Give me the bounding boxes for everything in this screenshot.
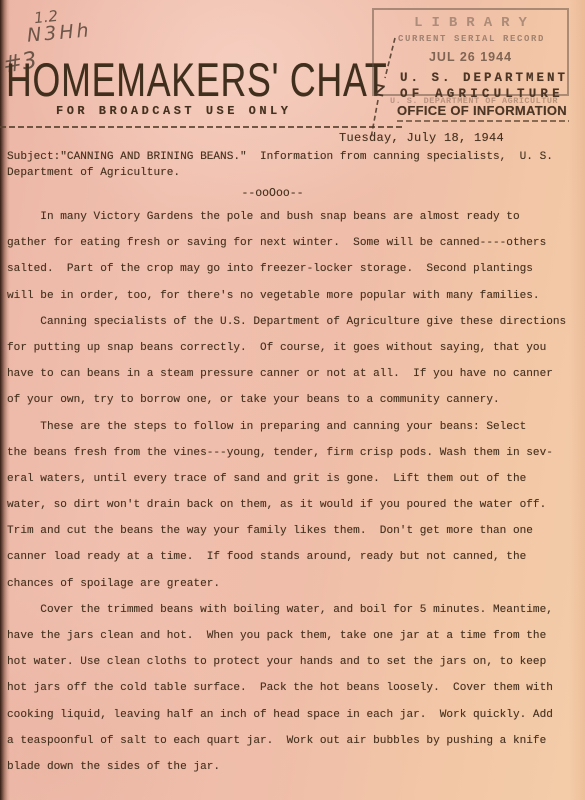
header-rule-left xyxy=(0,126,403,128)
library-stamp-title: LIBRARY xyxy=(374,15,567,31)
body-line: for putting up snap beans correctly. Of … xyxy=(7,335,566,361)
subject-line-1: Subject:"CANNING AND BRINING BEANS." Inf… xyxy=(7,151,553,163)
broadcast-tagline: FOR BROADCAST USE ONLY xyxy=(56,104,291,118)
body-line: have the jars clean and hot. When you pa… xyxy=(7,623,566,649)
agency-rule xyxy=(397,120,569,122)
page-title: HOMEMAKERS' CHAT xyxy=(6,52,388,107)
agency-line-1: U. S. DEPARTMENT xyxy=(400,71,568,85)
body-line: hot jars off the cold table surface. Pac… xyxy=(7,675,566,701)
body-line: cooking liquid, leaving half an inch of … xyxy=(7,702,566,728)
body-line: eral waters, until every trace of sand a… xyxy=(7,466,566,492)
body-line: water, so dirt won't drain back on them,… xyxy=(7,492,566,518)
body-line: Cover the trimmed beans with boiling wat… xyxy=(7,597,566,623)
page-edge-shade xyxy=(569,0,585,800)
subject-line-2: Department of Agriculture. xyxy=(7,167,180,179)
agency-line-2: OF AGRICULTURE xyxy=(400,87,564,101)
body-line: hot water. Use clean cloths to protect y… xyxy=(7,649,566,675)
body-line: have to can beans in a steam pressure ca… xyxy=(7,361,566,387)
body-line: Trim and cut the beans the way your fami… xyxy=(7,518,566,544)
body-text: In many Victory Gardens the pole and bus… xyxy=(7,204,566,780)
body-line: salted. Part of the crop may go into fre… xyxy=(7,256,566,282)
body-line: gather for eating fresh or saving for ne… xyxy=(7,230,566,256)
body-line: blade down the sides of the jar. xyxy=(7,754,566,780)
dateline: Tuesday, July 18, 1944 xyxy=(339,131,504,145)
body-line: the beans fresh from the vines---young, … xyxy=(7,440,566,466)
body-line: chances of spoilage are greater. xyxy=(7,571,566,597)
document-page: 1.2 N3Hh #3 HOMEMAKERS' CHAT FOR BROADCA… xyxy=(0,0,585,800)
body-line: will be in order, too, for there's no ve… xyxy=(7,283,566,309)
body-line: of your own, try to borrow one, or take … xyxy=(7,387,566,413)
body-line: a teaspoonful of salt to each quart jar.… xyxy=(7,728,566,754)
section-separator: --ooOoo-- xyxy=(0,187,545,200)
agency-line-3: OFFICE OF INFORMATION xyxy=(397,103,567,118)
handwritten-callnumber-line2: N3Hh xyxy=(26,19,92,47)
body-line: Canning specialists of the U.S. Departme… xyxy=(7,309,566,335)
editor-zigzag-mark: Z xyxy=(345,32,405,142)
body-line: These are the steps to follow in prepari… xyxy=(7,414,566,440)
body-line: canner load ready at a time. If food sta… xyxy=(7,544,566,570)
body-line: In many Victory Gardens the pole and bus… xyxy=(7,204,566,230)
editor-z-glyph: Z xyxy=(373,82,386,101)
